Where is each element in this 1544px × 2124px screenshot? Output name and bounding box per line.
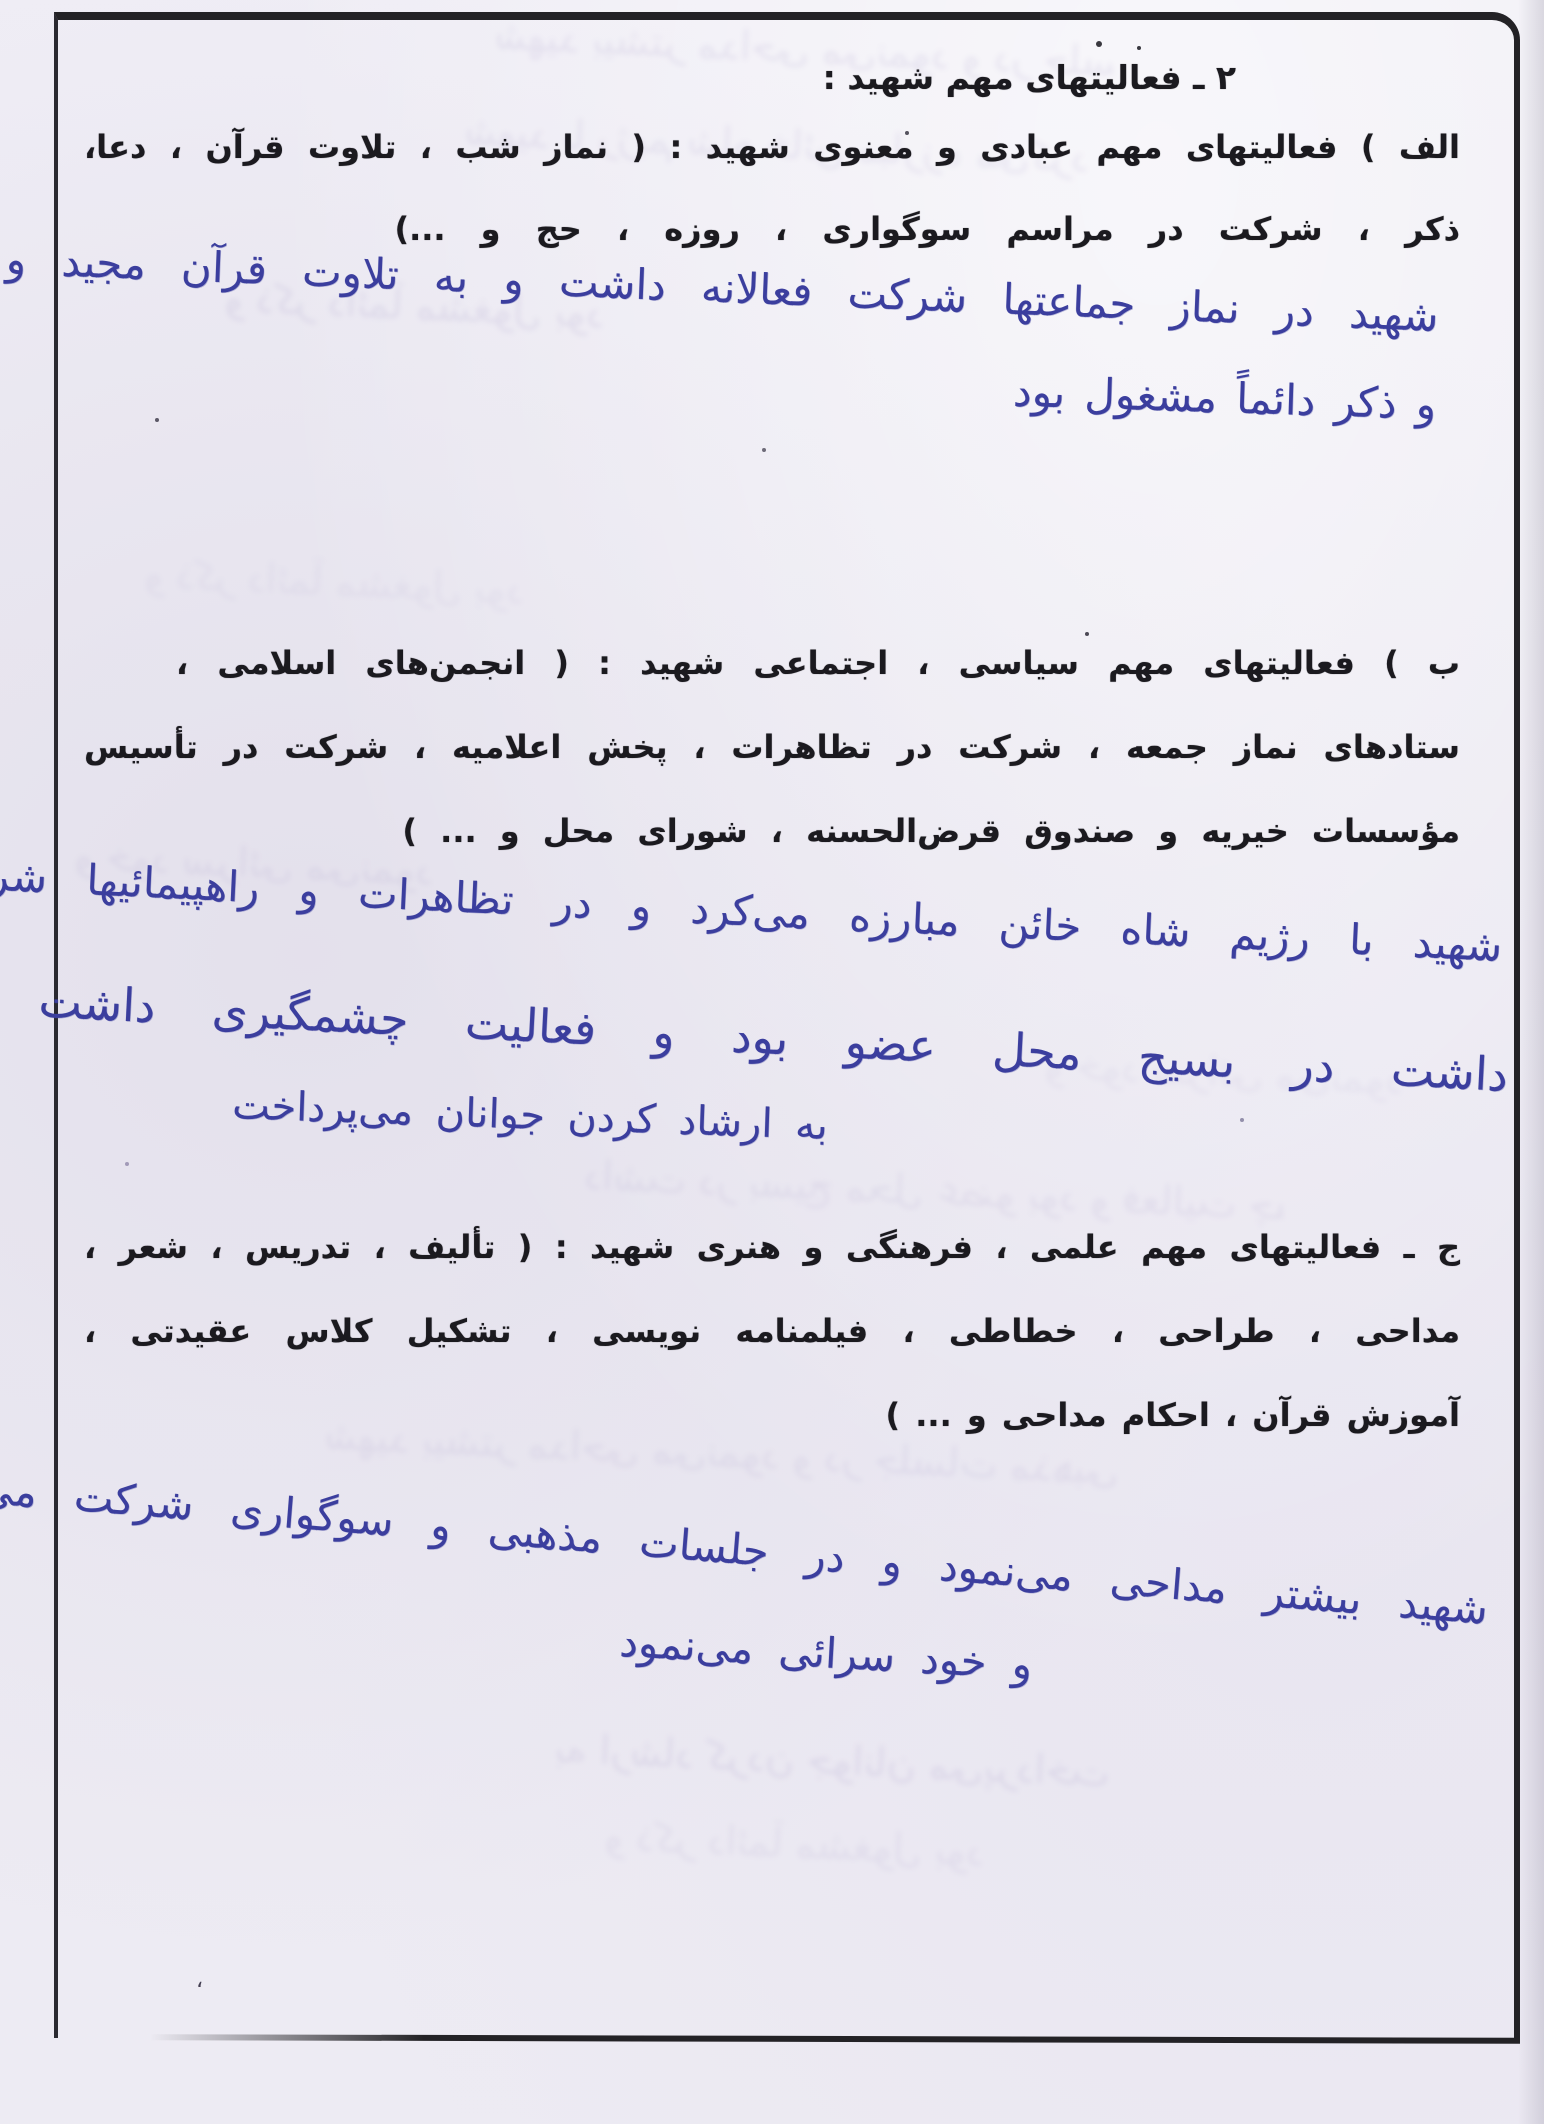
scanned-form-page: شهید بیشتر مداحی می‌نمود و در جلسات مذهب… [0, 0, 1544, 2124]
printed-line-jim-3: آموزش قرآن ، احکام مداحی و ... ) [84, 1394, 1460, 1437]
printed-line-alef-1: الف ) فعالیتهای مهم عبادی و معنوی شهید :… [84, 126, 1460, 169]
printed-line-alef-2: ذکر ، شرکت در مراسم سوگواری ، روزه ، حج … [84, 208, 1460, 251]
stray-pen-mark: ، [196, 1968, 203, 1993]
printed-line-jim-1: ج ـ فعالیتهای مهم علمی ، فرهنگی و هنری ش… [84, 1226, 1460, 1269]
printed-line-be-2: ستادهای نماز جمعه ، شرکت در تظاهرات ، پخ… [84, 726, 1460, 769]
printed-line-jim-2: مداحی ، طراحی ، خطاطی ، فیلمنامه نویسی ،… [84, 1310, 1460, 1353]
printed-line-be-1: ب ) فعالیتهای مهم سیاسی ، اجتماعی شهید :… [84, 642, 1460, 685]
section-heading: ۲ ـ فعالیتهای مهم شهید : [823, 56, 1236, 101]
scan-edge-shadow [1518, 0, 1544, 2124]
printed-line-be-3: مؤسسات خیریه و صندوق قرض‌الحسنه ، شورای … [84, 810, 1460, 853]
scan-speckles [0, 0, 4, 4]
